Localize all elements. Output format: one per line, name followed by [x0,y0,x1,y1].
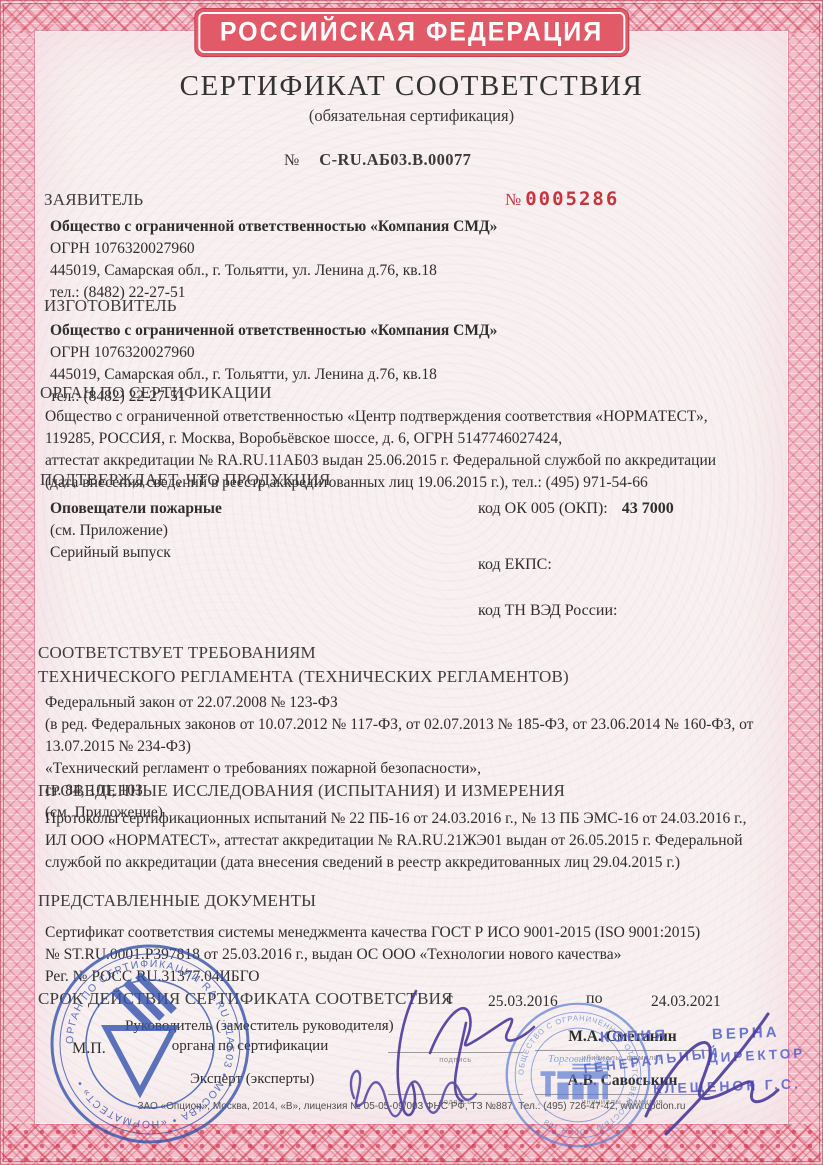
certificate-number-row: № C-RU.АБ03.В.00077 [284,150,471,170]
applicant-name: Общество с ограниченной ответственностью… [50,216,770,238]
tests-text: Протоколы сертификационных испытаний № 2… [45,808,770,874]
certificate-number: C-RU.АБ03.В.00077 [319,150,471,169]
director-handwritten-signature [618,1008,808,1138]
country-banner: РОССИЙСКАЯ ФЕДЕРАЦИЯ [194,8,629,57]
certificate-subtitle: (обязательная сертификация) [309,106,514,126]
compliance-regulation: «Технический регламент о требованиях пож… [45,758,783,780]
manufacturer-ogrn: ОГРН 1076320027960 [50,342,770,364]
blank-serial-number: № 0005286 [505,188,619,210]
cert-body-line: 119285, РОССИЯ, г. Москва, Воробьёвское … [45,428,780,450]
code-okp-value: 43 7000 [622,500,674,517]
code-okp-label: код ОК 005 (ОКП): [478,500,608,517]
applicant-block: Общество с ограниченной ответственностью… [50,216,770,304]
country-banner-frame: РОССИЙСКАЯ ФЕДЕРАЦИЯ [198,12,625,53]
expert-handwritten-signature [340,1058,490,1128]
compliance-heading-line2: ТЕХНИЧЕСКОГО РЕГЛАМЕНТА (ТЕХНИЧЕСКИХ РЕГ… [38,667,569,687]
product-note: (см. Приложение) [50,520,450,542]
compliance-amendments: (в ред. Федеральных законов от 10.07.201… [45,714,783,758]
code-okp-row: код ОК 005 (ОКП): 43 7000 [478,500,674,518]
manufacturer-heading: ИЗГОТОВИТЕЛЬ [44,296,177,316]
tests-heading: ПРОВЕДЕННЫЕ ИССЛЕДОВАНИЯ (ИСПЫТАНИЯ) И И… [38,781,565,801]
normatest-round-stamp-icon: ОРГАН ПО СЕРТИФИКАЦИИ RA.RU.11АБ03 • МОС… [48,942,253,1147]
manufacturer-name: Общество с ограниченной ответственностью… [50,320,770,342]
country-banner-text: РОССИЙСКАЯ ФЕДЕРАЦИЯ [220,17,603,48]
certificate-number-label: № [284,152,299,169]
applicant-ogrn: ОГРН 1076320027960 [50,238,770,260]
compliance-heading-line1: СООТВЕТСТВУЕТ ТРЕБОВАНИЯМ [38,643,316,663]
documents-heading: ПРЕДСТАВЛЕННЫЕ ДОКУМЕНТЫ [38,891,316,911]
code-tnved-label: код ТН ВЭД России: [478,602,617,620]
code-ekps-label: код ЕКПС: [478,556,552,574]
certificate-title: СЕРТИФИКАТ СООТВЕТСТВИЯ [180,70,644,103]
documents-line: Сертификат соответствия системы менеджме… [45,922,780,944]
compliance-law: Федеральный закон от 22.07.2008 № 123-ФЗ [45,692,783,714]
certificate-page: РОССИЙСКАЯ ФЕДЕРАЦИЯ СЕРТИФИКАТ СООТВЕТС… [0,0,823,1165]
product-issue-type: Серийный выпуск [50,542,450,564]
product-name: Оповещатели пожарные [50,498,450,520]
confirms-heading: ПОДТВЕРЖДАЕТ, ЧТО ПРОДУКЦИЯ [40,470,331,490]
cert-body-line: Общество с ограниченной ответственностью… [45,406,780,428]
product-block: Оповещатели пожарные (см. Приложение) Се… [50,498,450,564]
applicant-heading: ЗАЯВИТЕЛЬ [44,190,143,210]
cert-body-heading: ОРГАН ПО СЕРТИФИКАЦИИ [40,383,272,403]
cert-body-line: аттестат аккредитации № RA.RU.11АБ03 выд… [45,450,780,472]
serial-number-digits: 0005286 [525,188,619,210]
applicant-address: 445019, Самарская обл., г. Тольятти, ул.… [50,260,770,282]
serial-number-label: № [505,190,521,209]
compliance-block: Федеральный закон от 22.07.2008 № 123-ФЗ… [45,692,783,824]
